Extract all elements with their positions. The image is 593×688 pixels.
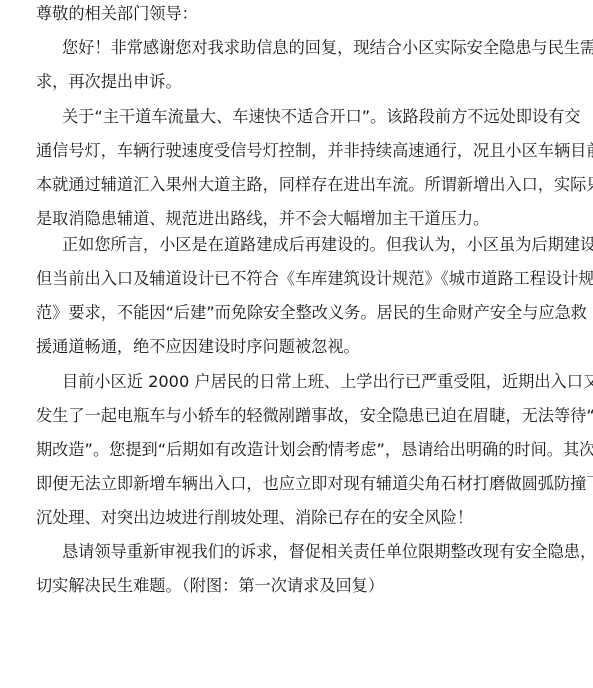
- text-line: 援通道畅通，绝不应因建设时序问题被忽视。: [36, 334, 360, 360]
- text-line: 范》要求，不能因“后建”而免除安全整改义务。居民的生命财产安全与应急救: [36, 300, 587, 326]
- text-line: 即便无法立即新增车辆出入口，也应立即对现有辅道尖角石材打磨做圆弧防撞下: [36, 471, 593, 497]
- text-line: 您好！非常感谢您对我求助信息的回复，现结合小区实际安全隐患与民生需: [62, 35, 593, 61]
- text-line: 本就通过辅道汇入果州大道主路，同样存在进出车流。所谓新增出入口，实际只: [36, 172, 593, 198]
- text-line: 目前小区近 2000 户居民的日常上班、上学出行已严重受阻，近期出入口又: [62, 369, 593, 395]
- text-line: 通信号灯，车辆行驶速度受信号灯控制，并非持续高速通行，况且小区车辆目前: [36, 138, 593, 164]
- text-line: 正如您所言，小区是在道路建成后再建设的。但我认为，小区虽为后期建设，: [62, 232, 593, 258]
- text-line: 但当前出入口及辅道设计已不符合《车库建筑设计规范》《城市道路工程设计规: [36, 266, 593, 292]
- text-line: 发生了一起电瓶车与小轿车的轻微剐蹭事故，安全隐患已迫在眉睫，无法等待“后: [36, 403, 593, 429]
- text-line: 期改造”。您提到“后期如有改造计划会酌情考虑”，恳请给出明确的时间。其次，: [36, 437, 593, 463]
- text-line: 沉处理、对突出边坡进行削坡处理、消除已存在的安全风险！: [36, 505, 473, 531]
- text-line: 求，再次提出申诉。: [36, 69, 182, 95]
- text-line: 恳请领导重新审视我们的诉求，督促相关责任单位限期整改现有安全隐患，: [62, 539, 593, 565]
- text-line: 关于“主干道车流量大、车速快不适合开口”。该路段前方不远处即设有交: [62, 104, 581, 130]
- salutation: 尊敬的相关部门领导：: [36, 1, 198, 27]
- text-line: 是取消隐患辅道、规范进出路线，并不会大幅增加主干道压力。: [36, 206, 489, 232]
- text-line: 切实解决民生难题。（附图：第一次请求及回复）: [36, 573, 384, 599]
